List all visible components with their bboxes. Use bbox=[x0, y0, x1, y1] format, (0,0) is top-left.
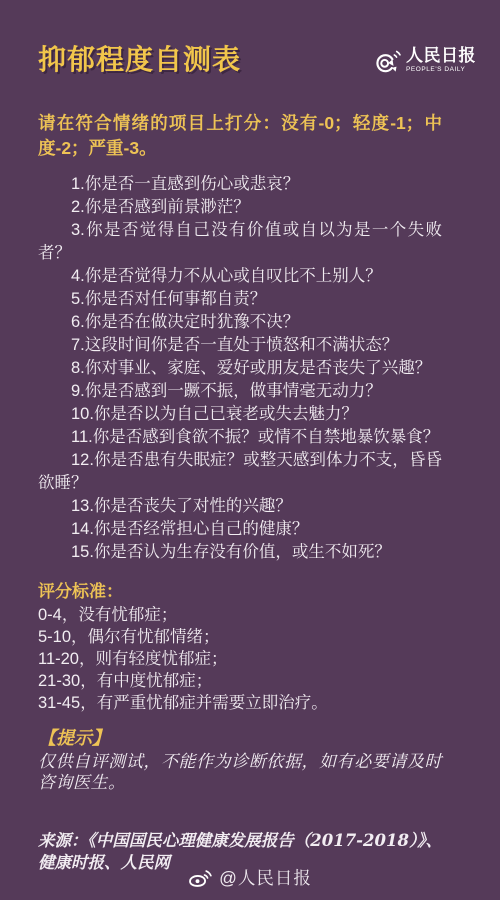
poster: 抑郁程度自测表 人民日报 PEOPLE'S DAILY 请在符合情绪的项目上打分… bbox=[0, 0, 500, 900]
weibo-watermark: @人民日报 bbox=[0, 865, 500, 890]
scoring-level-2: 5-10，偶尔有忧郁情绪； bbox=[38, 626, 442, 648]
scoring-section: 评分标准： 0-4，没有忧郁症； 5-10，偶尔有忧郁情绪； 11-20，则有轻… bbox=[38, 580, 442, 714]
scoring-level-1: 0-4，没有忧郁症； bbox=[38, 604, 442, 626]
scoring-heading: 评分标准： bbox=[38, 580, 442, 604]
question-item-7: 7.这段时间你是否一直处于愤怒和不满状态？ bbox=[38, 334, 442, 357]
question-item-11: 11.你是否感到食欲不振？或情不自禁地暴饮暴食？ bbox=[38, 426, 442, 449]
question-item-5: 5.你是否对任何事都自责？ bbox=[38, 288, 442, 311]
question-item-2: 2.你是否感到前景渺茫？ bbox=[38, 196, 442, 219]
question-item-14: 14.你是否经常担心自己的健康？ bbox=[38, 518, 442, 541]
question-item-3: 3.你是否觉得自己没有价值或自以为是一个失败者？ bbox=[38, 219, 442, 265]
question-item-15: 15.你是否认为生存没有价值，或生不如死？ bbox=[38, 541, 442, 564]
weibo-icon bbox=[188, 868, 219, 888]
scoring-level-5: 31-45，有严重忧郁症并需要立即治疗。 bbox=[38, 692, 442, 714]
tip-body: 仅供自评测试，不能作为诊断依据，如有必要请及时咨询医生。 bbox=[38, 752, 442, 794]
brand-subtitle: PEOPLE'S DAILY bbox=[406, 65, 476, 74]
scoring-level-3: 11-20，则有轻度忧郁症； bbox=[38, 648, 442, 670]
question-item-8: 8.你对事业、家庭、爱好或朋友是否丧失了兴趣？ bbox=[38, 357, 442, 380]
question-item-9: 9.你是否感到一蹶不振，做事情毫无动力？ bbox=[38, 380, 442, 403]
question-item-10: 10.你是否以为自己已衰老或失去魅力？ bbox=[38, 403, 442, 426]
brand-name: 人民日报 bbox=[406, 46, 476, 65]
question-item-6: 6.你是否在做决定时犹豫不决？ bbox=[38, 311, 442, 334]
at-megaphone-icon bbox=[373, 46, 406, 78]
watermark-text: @人民日报 bbox=[219, 865, 312, 890]
tip-section: 【提示】 仅供自评测试，不能作为诊断依据，如有必要请及时咨询医生。 bbox=[38, 728, 442, 794]
brand-text: 人民日报 PEOPLE'S DAILY bbox=[406, 46, 476, 74]
question-item-13: 13.你是否丧失了对性的兴趣？ bbox=[38, 495, 442, 518]
question-item-1: 1.你是否一直感到伤心或悲哀？ bbox=[38, 173, 442, 196]
question-list: 1.你是否一直感到伤心或悲哀？ 2.你是否感到前景渺茫？ 3.你是否觉得自己没有… bbox=[38, 173, 442, 564]
question-item-4: 4.你是否觉得力不从心或自叹比不上别人？ bbox=[38, 265, 442, 288]
scoring-level-4: 21-30，有中度忧郁症； bbox=[38, 670, 442, 692]
tip-heading: 【提示】 bbox=[38, 728, 442, 750]
instructions: 请在符合情绪的项目上打分：没有-0；轻度-1；中度-2；严重-3。 bbox=[38, 111, 442, 161]
peoples-daily-logo: 人民日报 PEOPLE'S DAILY bbox=[373, 46, 476, 78]
question-item-12: 12.你是否患有失眠症？或整天感到体力不支，昏昏欲睡？ bbox=[38, 449, 442, 495]
